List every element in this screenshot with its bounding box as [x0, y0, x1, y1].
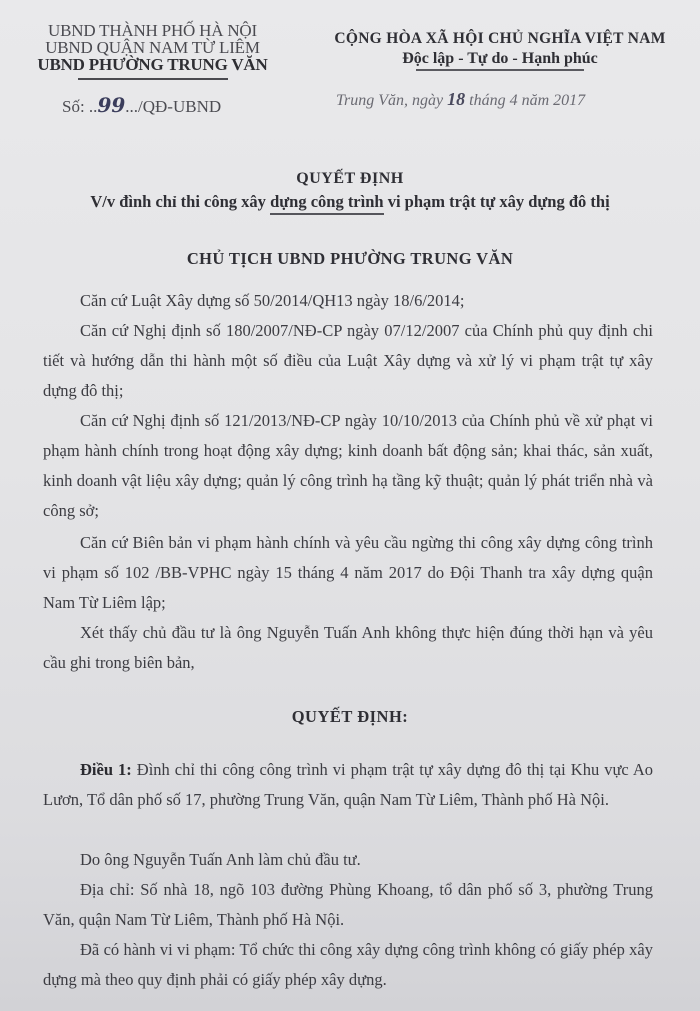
preamble-item: Căn cứ Nghị định số 180/2007/NĐ-CP ngày … — [43, 316, 653, 406]
article-1: Điều 1: Đình chỉ thi công công trình vi … — [43, 755, 653, 815]
handwritten-number: 99 — [97, 93, 125, 117]
authority-city: UBND THÀNH PHỐ HÀ NỘI — [30, 22, 275, 39]
national-header: CỘNG HÒA XÃ HỘI CHỦ NGHĨA VIỆT NAM Độc l… — [300, 30, 700, 71]
preamble-item: Căn cứ Nghị định số 121/2013/NĐ-CP ngày … — [43, 406, 653, 526]
authority-district: UBND QUẬN NAM TỪ LIÊM — [30, 39, 275, 56]
issuing-official: CHỦ TỊCH UBND PHƯỜNG TRUNG VĂN — [0, 249, 700, 269]
national-motto: Độc lập - Tự do - Hạnh phúc — [402, 50, 598, 68]
divider — [416, 69, 584, 71]
document-type-title: QUYẾT ĐỊNH — [0, 170, 700, 188]
handwritten-day: 18 — [447, 89, 465, 109]
document-subject: V/v đình chỉ thi công xây dựng công trìn… — [0, 192, 700, 212]
issuing-authority: UBND THÀNH PHỐ HÀ NỘI UBND QUẬN NAM TỪ L… — [30, 22, 275, 80]
body-paragraph: Địa chỉ: Số nhà 18, ngõ 103 đường Phùng … — [43, 875, 653, 935]
authority-ward: UBND PHƯỜNG TRUNG VĂN — [30, 56, 275, 73]
preamble-item: Xét thấy chủ đầu tư là ông Nguyễn Tuấn A… — [43, 618, 653, 678]
document-number: Số: ..99.../QĐ-UBND — [62, 93, 221, 117]
preamble-item: Căn cứ Biên bản vi phạm hành chính và yê… — [43, 528, 653, 618]
nation-name: CỘNG HÒA XÃ HỘI CHỦ NGHĨA VIỆT NAM — [300, 30, 700, 48]
document-date: Trung Văn, ngày 18 tháng 4 năm 2017 — [336, 89, 585, 110]
document-page: UBND THÀNH PHỐ HÀ NỘI UBND QUẬN NAM TỪ L… — [0, 0, 700, 1011]
preamble-item: Căn cứ Luật Xây dựng số 50/2014/QH13 ngà… — [43, 286, 653, 316]
article-label: Điều 1: — [80, 760, 132, 779]
divider — [78, 78, 228, 80]
body-paragraph: Do ông Nguyễn Tuấn Anh làm chủ đầu tư. — [43, 845, 653, 875]
decision-heading: QUYẾT ĐỊNH: — [0, 707, 700, 727]
body-paragraph: Đã có hành vi vi phạm: Tổ chức thi công … — [43, 935, 653, 995]
